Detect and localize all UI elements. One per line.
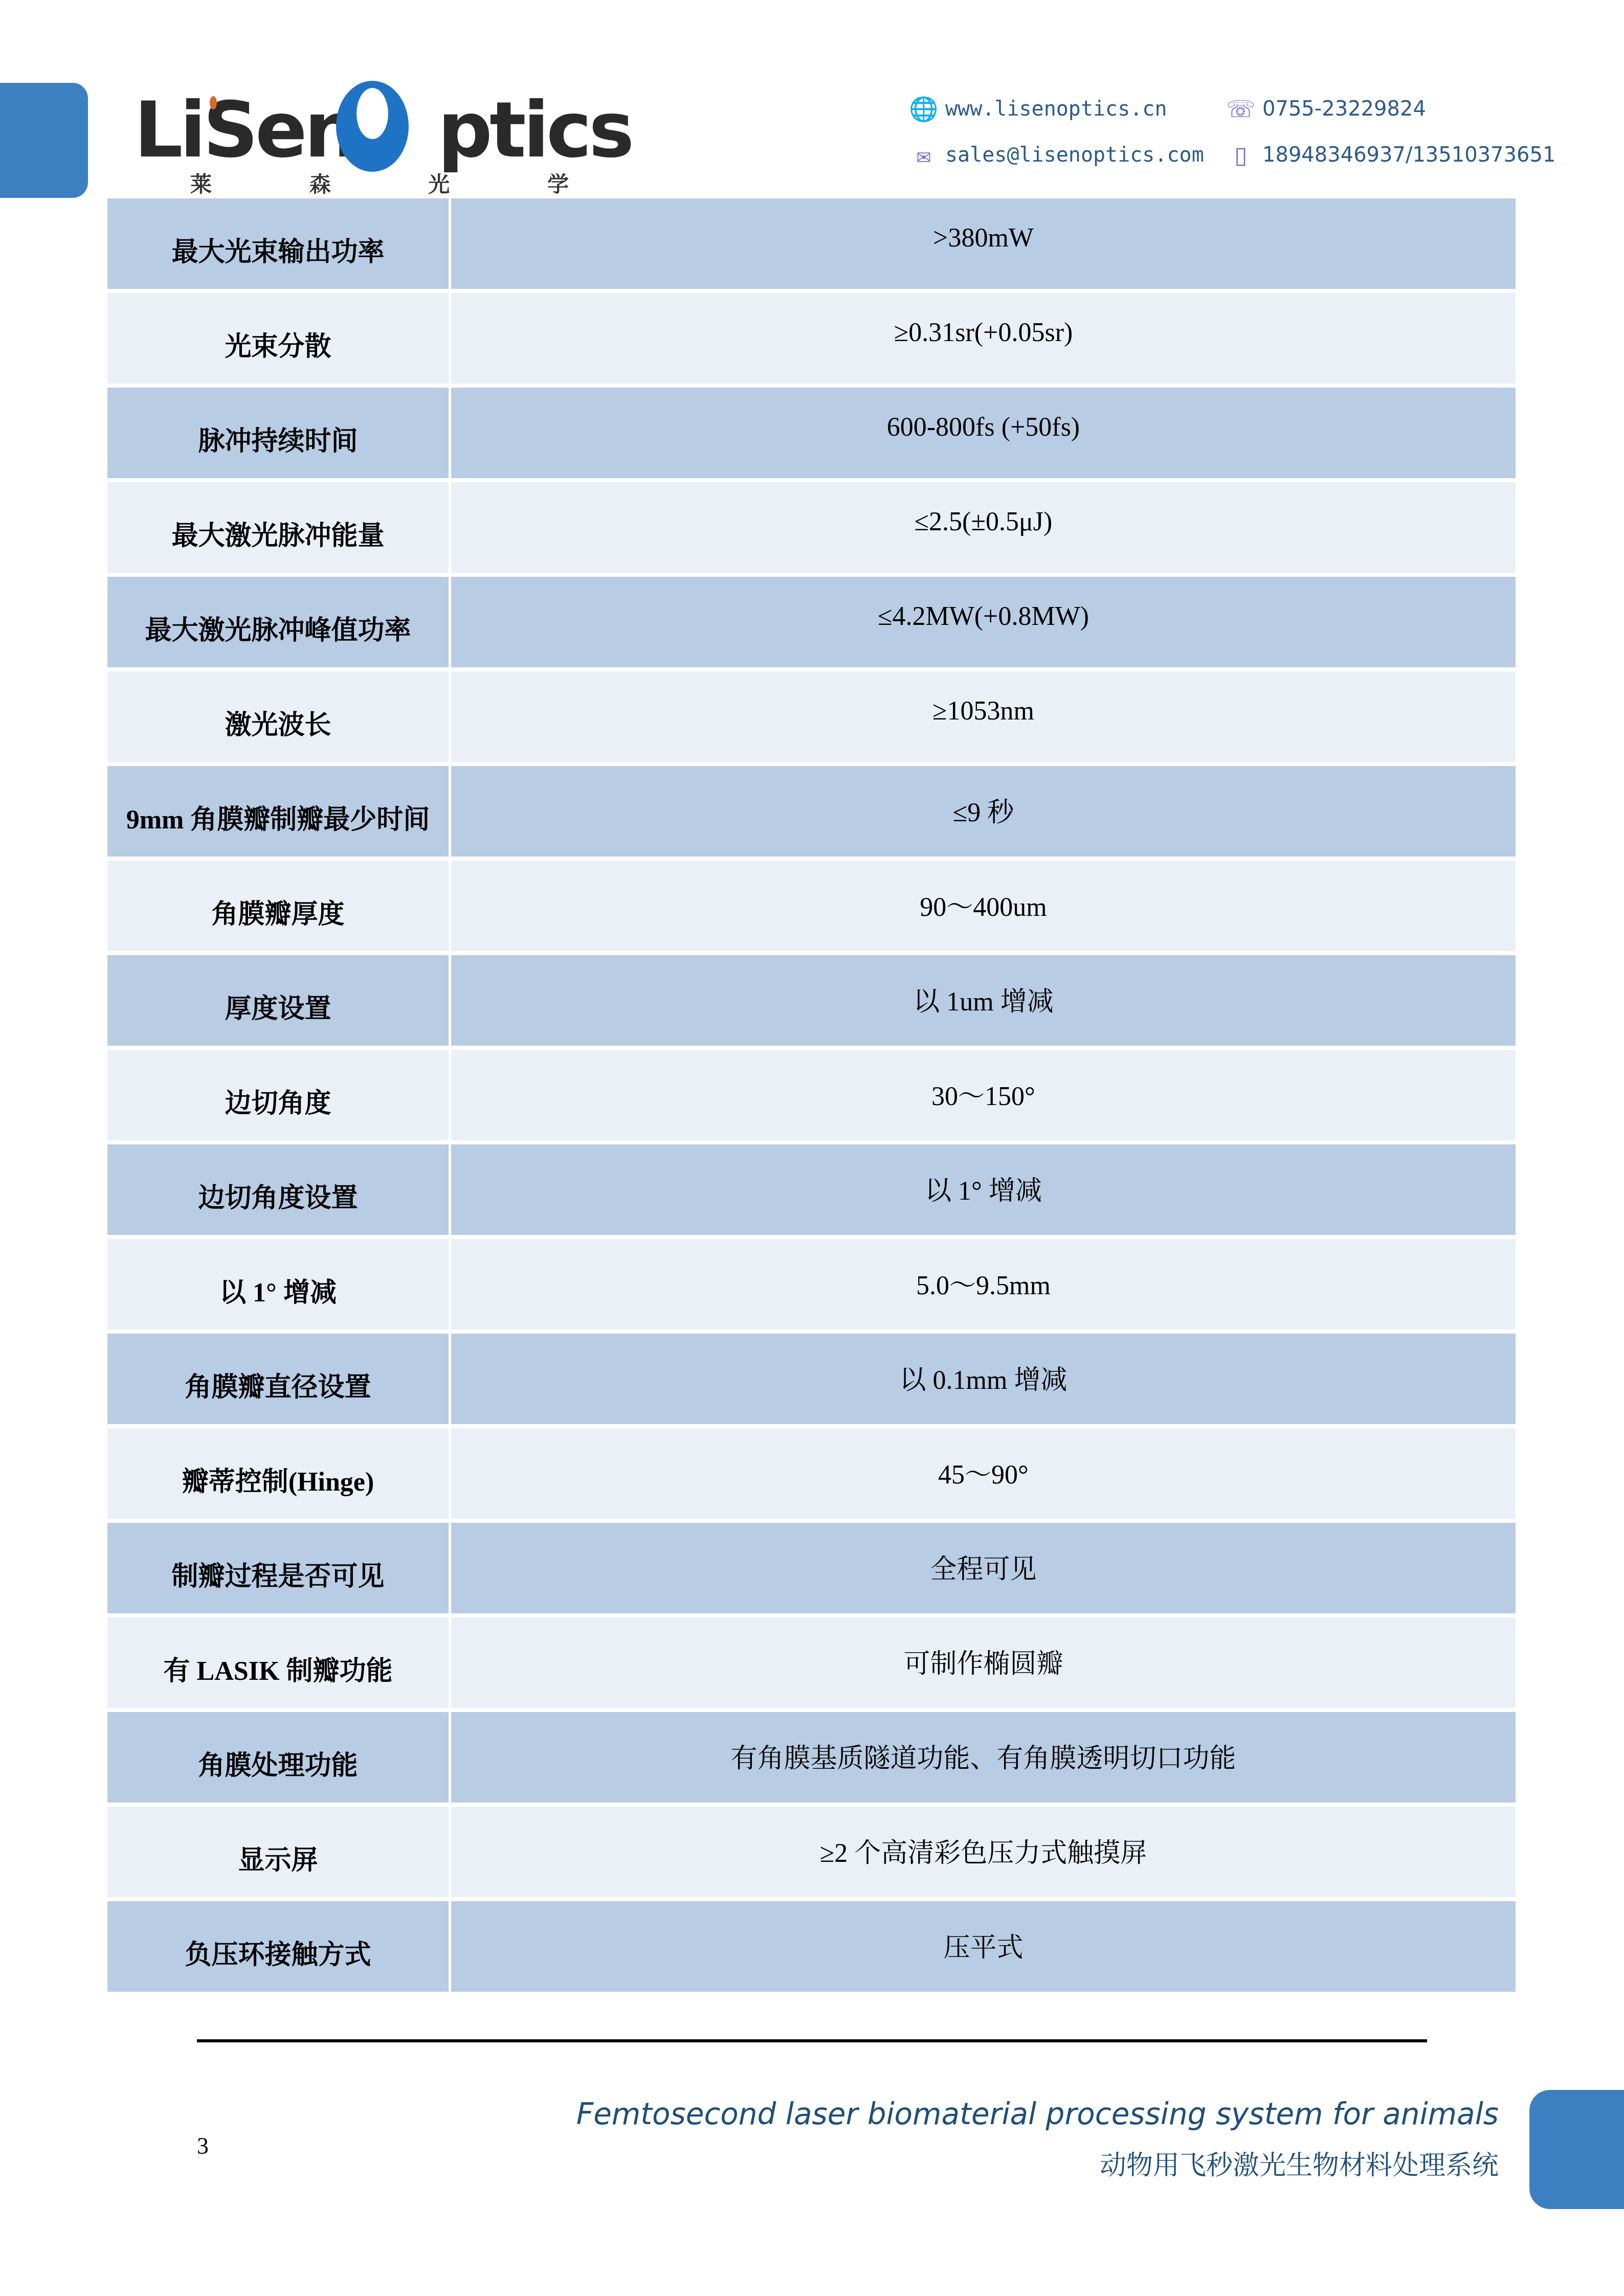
table-row: 边切角度设置 以 1° 增减 <box>107 1144 1516 1235</box>
contact-email[interactable]: ✉ sales@lisenoptics.com <box>909 141 1204 169</box>
value-cell: 90～400um <box>451 861 1516 951</box>
logo-chinese-name: 莱 森 光 学 <box>190 168 569 198</box>
param-cell: 脉冲持续时间 <box>107 388 449 478</box>
spec-table: 最大光束输出功率 >380mW 光束分散 ≥0.31sr(+0.05sr) 脉冲… <box>107 198 1516 1996</box>
mobile-number: 18948346937/13510373651 <box>1262 143 1555 167</box>
company-logo: LiSenptics 莱 森 光 学 <box>134 77 605 194</box>
email-link[interactable]: sales@lisenoptics.com <box>945 143 1204 167</box>
footer-title-en: Femtosecond laser biomaterial processing… <box>576 2097 1499 2131</box>
value-cell: ≥0.31sr(+0.05sr) <box>451 293 1516 384</box>
contact-mobile: ▯ 18948346937/13510373651 <box>1227 141 1555 169</box>
param-cell: 负压环接触方式 <box>107 1901 449 1992</box>
table-row: 最大光束输出功率 >380mW <box>107 198 1516 289</box>
table-row: 瓣蒂控制(Hinge) 45～90° <box>107 1428 1516 1519</box>
param-cell: 最大光束输出功率 <box>107 198 449 289</box>
table-row: 角膜处理功能 有角膜基质隧道功能、有角膜透明切口功能 <box>107 1712 1516 1803</box>
param-cell: 最大激光脉冲峰值功率 <box>107 577 449 667</box>
param-cell: 激光波长 <box>107 671 449 762</box>
footer-divider <box>197 2039 1427 2042</box>
value-cell: 以 1um 增减 <box>451 955 1516 1046</box>
page-number: 3 <box>197 2132 209 2159</box>
value-cell: 压平式 <box>451 1901 1516 1992</box>
value-cell: 全程可见 <box>451 1523 1516 1613</box>
decorative-tab-bottom <box>1529 2090 1624 2209</box>
param-cell: 光束分散 <box>107 293 449 384</box>
footer-title-cn: 动物用飞秒激光生物材料处理系统 <box>1100 2144 1499 2182</box>
param-cell: 边切角度设置 <box>107 1144 449 1235</box>
table-row: 光束分散 ≥0.31sr(+0.05sr) <box>107 293 1516 384</box>
phone-number: 0755-23229824 <box>1262 97 1426 121</box>
table-row: 角膜瓣直径设置 以 0.1mm 增减 <box>107 1334 1516 1424</box>
table-row: 有 LASIK 制瓣功能 可制作椭圆瓣 <box>107 1617 1516 1708</box>
globe-icon: 🌐 <box>909 95 938 123</box>
table-row: 厚度设置 以 1um 增减 <box>107 955 1516 1046</box>
value-cell: ≤2.5(±0.5μJ) <box>451 482 1516 573</box>
param-cell: 最大激光脉冲能量 <box>107 482 449 573</box>
value-cell: 30～150° <box>451 1050 1516 1140</box>
table-row: 制瓣过程是否可见 全程可见 <box>107 1523 1516 1613</box>
table-row: 以 1° 增减 5.0～9.5mm <box>107 1239 1516 1330</box>
contact-phone: ☏ 0755-23229824 <box>1227 95 1426 123</box>
table-row: 脉冲持续时间 600-800fs (+50fs) <box>107 388 1516 478</box>
phone-chat-icon: ☏ <box>1227 95 1255 123</box>
mail-icon: ✉ <box>909 141 938 169</box>
mobile-phone-icon: ▯ <box>1227 141 1255 169</box>
value-cell: ≤4.2MW(+0.8MW) <box>451 577 1516 667</box>
param-cell: 瓣蒂控制(Hinge) <box>107 1428 449 1519</box>
param-cell: 有 LASIK 制瓣功能 <box>107 1617 449 1708</box>
contact-website[interactable]: 🌐 www.lisenoptics.cn <box>909 95 1167 123</box>
value-cell: ≤9 秒 <box>451 766 1516 857</box>
param-cell: 制瓣过程是否可见 <box>107 1523 449 1613</box>
table-row: 负压环接触方式 压平式 <box>107 1901 1516 1992</box>
param-cell: 边切角度 <box>107 1050 449 1140</box>
table-row: 边切角度 30～150° <box>107 1050 1516 1140</box>
value-cell: 以 1° 增减 <box>451 1144 1516 1235</box>
param-cell: 显示屏 <box>107 1807 449 1897</box>
logo-o-lens-icon <box>336 81 409 172</box>
value-cell: >380mW <box>451 198 1516 289</box>
param-cell: 厚度设置 <box>107 955 449 1046</box>
logo-dot <box>210 96 217 109</box>
param-cell: 角膜瓣直径设置 <box>107 1334 449 1424</box>
value-cell: 有角膜基质隧道功能、有角膜透明切口功能 <box>451 1712 1516 1803</box>
value-cell: ≥1053nm <box>451 671 1516 762</box>
value-cell: 可制作椭圆瓣 <box>451 1617 1516 1708</box>
value-cell: 以 0.1mm 增减 <box>451 1334 1516 1424</box>
value-cell: 600-800fs (+50fs) <box>451 388 1516 478</box>
value-cell: 45～90° <box>451 1428 1516 1519</box>
param-cell: 9mm 角膜瓣制瓣最少时间 <box>107 766 449 857</box>
param-cell: 角膜瓣厚度 <box>107 861 449 951</box>
table-row: 角膜瓣厚度 90～400um <box>107 861 1516 951</box>
table-row: 最大激光脉冲能量 ≤2.5(±0.5μJ) <box>107 482 1516 573</box>
decorative-tab-top <box>0 83 88 198</box>
table-row: 显示屏 ≥2 个高清彩色压力式触摸屏 <box>107 1807 1516 1897</box>
param-cell: 以 1° 增减 <box>107 1239 449 1330</box>
website-link[interactable]: www.lisenoptics.cn <box>945 97 1167 121</box>
value-cell: ≥2 个高清彩色压力式触摸屏 <box>451 1807 1516 1897</box>
value-cell: 5.0～9.5mm <box>451 1239 1516 1330</box>
table-row: 激光波长 ≥1053nm <box>107 671 1516 762</box>
table-row: 9mm 角膜瓣制瓣最少时间 ≤9 秒 <box>107 766 1516 857</box>
param-cell: 角膜处理功能 <box>107 1712 449 1803</box>
table-row: 最大激光脉冲峰值功率 ≤4.2MW(+0.8MW) <box>107 577 1516 667</box>
